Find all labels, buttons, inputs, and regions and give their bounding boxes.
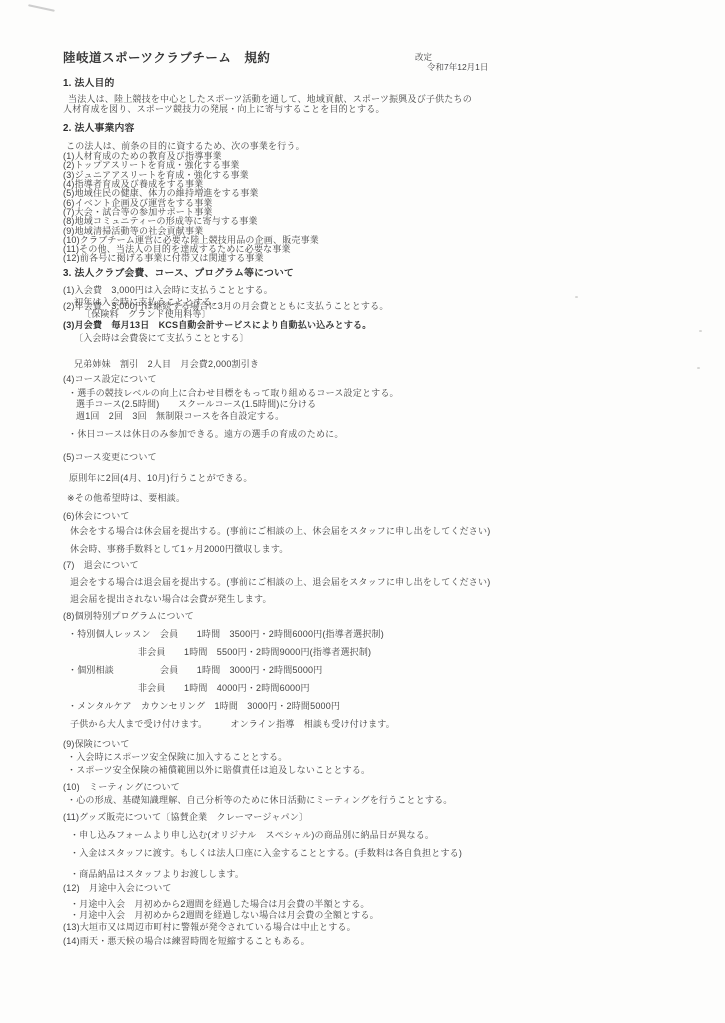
doc-line: ※その他希望時は、要相談。 <box>67 493 185 503</box>
doc-line: (10) ミーティングについて <box>63 782 180 792</box>
doc-line: (2)トップアスリートを育成・強化する事業 <box>63 160 240 170</box>
doc-line: ・申し込みフォームより申し込む(オリジナル スペシャル)の商品別に納品日が異なる… <box>70 830 434 840</box>
revision-block: 改定 令和7年12月1日 <box>415 53 488 72</box>
doc-line: (8)個別特別プログラムについて <box>63 611 194 621</box>
doc-line: (11)グッズ販売について〔協賛企業 クレーマージャパン〕 <box>63 812 308 822</box>
doc-line: 退会をする場合は退会届を提出する。(事前にご相談の上、退会届をスタッフに申し出を… <box>70 577 490 587</box>
doc-line: 選手コース(2.5時間) スクールコース(1.5時間)に分ける <box>76 399 316 409</box>
doc-line: 週1回 2回 3回 無制限コースを各自設定する。 <box>76 411 284 421</box>
doc-line: ・メンタルケア カウンセリング 1時間 3000円・2時間5000円 <box>68 701 340 711</box>
doc-line: (3)月会費 毎月13日 KCS自動会計サービスにより自動払い込みとする。 <box>63 320 371 330</box>
doc-line: ・商品納品はスタッフよりお渡しします。 <box>70 869 244 879</box>
doc-line: ・入会時にスポーツ安全保険に加入することとする。 <box>67 752 287 762</box>
doc-line: (5)地域住民の健康、体力の維持増進をする事業 <box>63 188 259 198</box>
doc-line: 初年は入会時に支払うこととする。 <box>74 297 221 307</box>
doc-line: 休会時、事務手数料として1ヶ月2000円徴収します。 <box>70 544 289 554</box>
doc-line: ・特別個人レッスン 会員 1時間 3500円・2時間6000円(指導者選択制) <box>68 629 384 639</box>
revision-date: 令和7年12月1日 <box>415 63 488 73</box>
scan-artifact-speck <box>697 367 700 369</box>
doc-line: 兄弟姉妹 割引 2人目 月会費2,000割引き <box>74 359 259 369</box>
doc-line: 2. 法人事業内容 <box>63 124 134 134</box>
doc-line: ・休日コースは休日のみ参加できる。遠方の選手の育成のために。 <box>68 429 344 439</box>
doc-line: (14)雨天・悪天候の場合は練習時間を短縮することもある。 <box>63 936 310 946</box>
scan-artifact-speck <box>699 330 702 332</box>
doc-line: 3. 法人クラブ会費、コース、プログラム等について <box>63 269 294 279</box>
doc-line: (4)コース設定について <box>63 374 157 384</box>
doc-line: 退会届を提出されない場合は会費が発生します。 <box>70 594 272 604</box>
doc-line: 〔保険料 グランド使用料等〕 <box>82 309 211 319</box>
scan-artifact-scratch <box>28 4 55 11</box>
doc-line: (5)コース変更について <box>63 452 157 462</box>
doc-line: この法人は、前条の目的に資するため、次の事業を行う。 <box>66 141 305 151</box>
doc-line: 当法人は、陸上競技を中心としたスポーツ活動を通して、地域貢献、スポーツ振興及び子… <box>68 94 472 104</box>
doc-line: (1)入会費 3,000円は入会時に支払うこととする。 <box>63 285 273 295</box>
doc-line: 休会をする場合は休会届を提出する。(事前にご相談の上、休会届をスタッフに申し出を… <box>70 526 490 536</box>
scan-artifact-speck <box>575 296 578 298</box>
doc-line: ・個別相談 会員 1時間 3000円・2時間5000円 <box>68 665 322 675</box>
doc-line: (7) 退会について <box>63 560 139 570</box>
document-title: 陸岐道スポーツクラブチーム 規約 <box>63 48 270 66</box>
doc-line: 〔入会時は会費袋にて支払うこととする〕 <box>74 333 249 343</box>
scanned-document-page: 陸岐道スポーツクラブチーム 規約 改定 令和7年12月1日 1. 法人目的当法人… <box>0 0 725 1023</box>
doc-line: ・選手の競技レベルの向上に合わせ目標をもって取り組めるコース設定とする。 <box>68 388 399 398</box>
doc-line: 非会員 1時間 4000円・2時間6000円 <box>138 683 310 693</box>
doc-line: 原則年に2回(4月、10月)行うことができる。 <box>69 473 253 483</box>
doc-line: ・スポーツ安全保険の補償範囲以外に賠償責任は追及しないこととする。 <box>67 765 370 775</box>
doc-line: 人材育成を図り、スポーツ競技力の発展・向上に寄与することを目的とする。 <box>63 104 385 114</box>
doc-line: (12)前各号に掲げる事業に付帯又は関連する事業 <box>63 253 264 263</box>
doc-line: (12) 月途中入会について <box>63 883 172 893</box>
doc-line: ・月途中入会 月初めから2週間を経過しない場合は月会費の全額とする。 <box>70 910 379 920</box>
doc-line: 非会員 1時間 5500円・2時間9000円(指導者選択制) <box>138 647 371 657</box>
doc-line: ・心の形成、基礎知識理解、自己分析等のために休日活動にミーティングを行うこととす… <box>67 795 453 805</box>
doc-line: (6)休会について <box>63 511 130 521</box>
doc-line: 子供から大人まで受け付けます。 オンライン指導 相談も受け付けます。 <box>70 719 395 729</box>
doc-line: ・入金はスタッフに渡す。もしくは法人口座に入金することとする。(手数料は各自負担… <box>70 848 462 858</box>
doc-line: (9)保険について <box>63 739 130 749</box>
doc-line: (8)地域コミュニティーの形成等に寄与する事業 <box>63 216 258 226</box>
doc-line: (13)大垣市又は周辺市町村に警報が発令されている場合は中止とする。 <box>63 922 356 932</box>
doc-line: ・月途中入会 月初めから2週間を経過した場合は月会費の半額とする。 <box>70 899 370 909</box>
doc-line: 1. 法人目的 <box>63 79 114 89</box>
